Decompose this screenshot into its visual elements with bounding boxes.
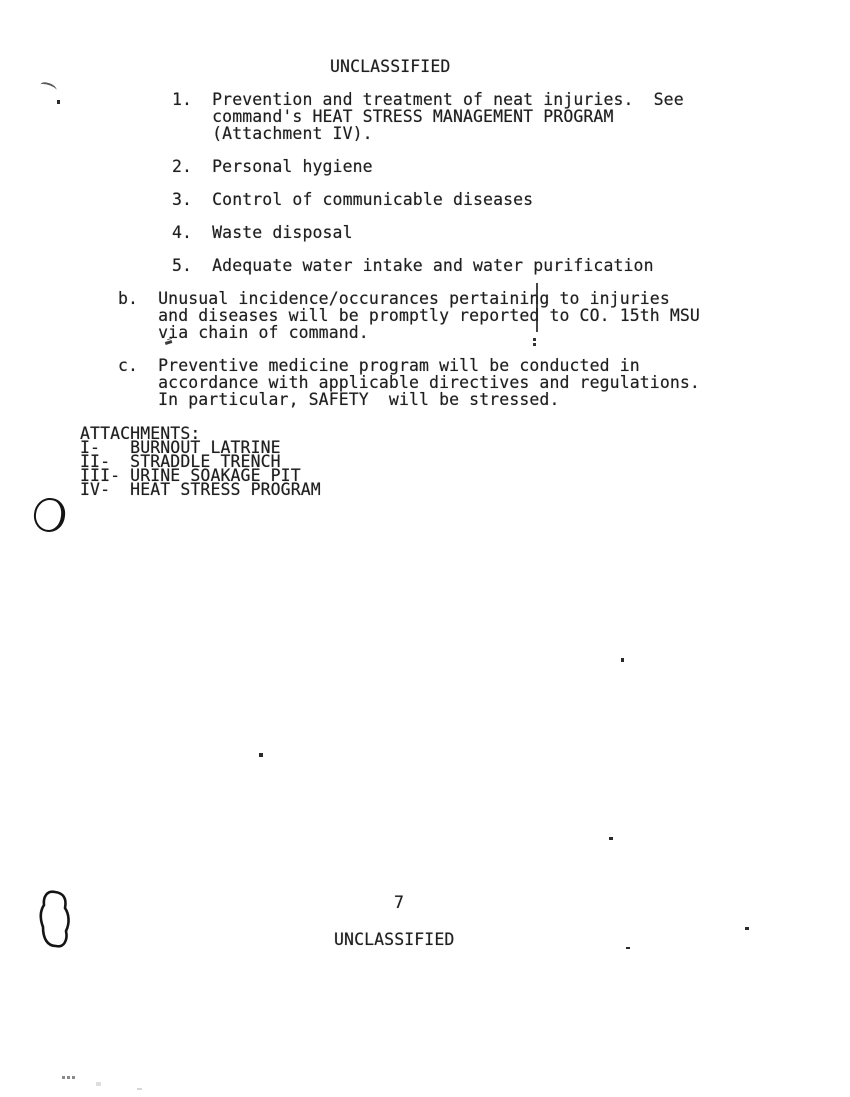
- bottom-left-smudge: [62, 1076, 77, 1079]
- list-item-1: 1. Prevention and treatment of neat inju…: [172, 92, 684, 142]
- list-item-3: 3. Control of communicable diseases: [172, 192, 533, 209]
- vertical-line-artifact: [536, 283, 538, 332]
- paragraph-b: b. Unusual incidence/occurances pertaini…: [118, 291, 700, 341]
- speck-mark: [609, 837, 613, 840]
- colon-artifact: [533, 338, 536, 341]
- ink-blob-mark: [36, 888, 74, 952]
- asterisk-artifact: [165, 340, 172, 345]
- bottom-left-smudge: [96, 1082, 101, 1086]
- document-page: UNCLASSIFIED 1. Prevention and treatment…: [0, 0, 850, 1097]
- paragraph-c: c. Preventive medicine program will be c…: [118, 358, 700, 408]
- speck-mark: [745, 927, 749, 930]
- list-item-4: 4. Waste disposal: [172, 225, 353, 242]
- attachment-item-4: IV- HEAT STRESS PROGRAM: [80, 483, 321, 497]
- speck-mark: [57, 100, 60, 104]
- page-number: 7: [394, 895, 404, 912]
- hole-punch-mark: [32, 496, 66, 533]
- speck-mark: [626, 947, 630, 949]
- speck-mark: [259, 753, 263, 757]
- list-item-2: 2. Personal hygiene: [172, 159, 373, 176]
- speck-mark: [621, 658, 624, 662]
- footer-classification: UNCLASSIFIED: [334, 932, 454, 949]
- bottom-left-smudge: [137, 1088, 142, 1090]
- list-item-5: 5. Adequate water intake and water purif…: [172, 258, 654, 275]
- pen-tick-mark: [39, 81, 58, 94]
- header-classification: UNCLASSIFIED: [330, 59, 450, 76]
